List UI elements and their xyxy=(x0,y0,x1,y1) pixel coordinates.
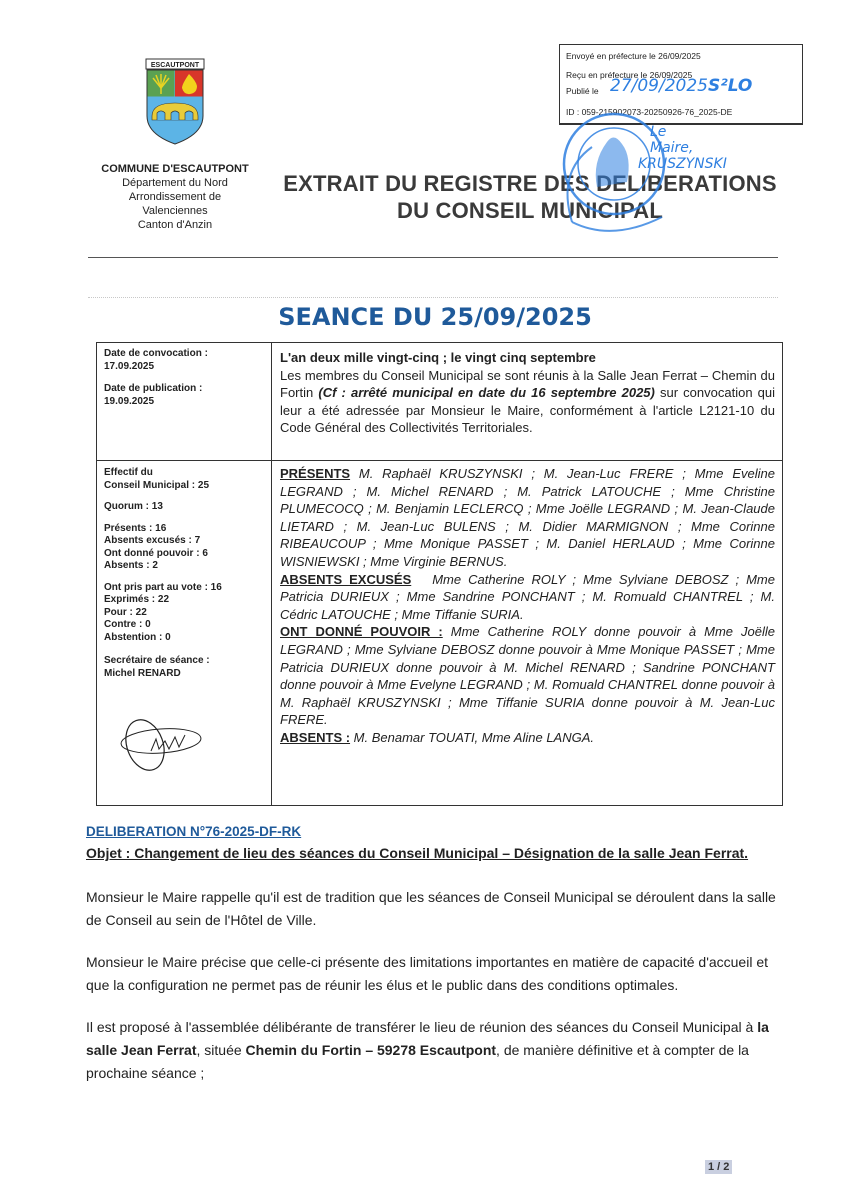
para3-text: Il est proposé à l'assemblée délibérante… xyxy=(86,1019,757,1035)
commune-line: Arrondissement de xyxy=(100,190,250,204)
absents-label: ABSENTS : xyxy=(280,730,350,745)
dates-cell: Date de convocation : 17.09.2025 Date de… xyxy=(104,348,269,408)
commune-name: COMMUNE D'ESCAUTPONT xyxy=(100,162,250,176)
excuses-label: ABSENTS EXCUSÉS xyxy=(280,572,411,587)
secretaire-label: Secrétaire de séance : xyxy=(104,655,269,668)
abstention-count: Abstention : 0 xyxy=(104,632,269,645)
dotted-divider xyxy=(88,297,778,298)
pouvoir-count: Ont donné pouvoir : 6 xyxy=(104,548,269,561)
absents-count: Absents : 2 xyxy=(104,560,269,573)
effectif-value: Conseil Municipal : 25 xyxy=(104,480,269,493)
paragraph-1: Monsieur le Maire rappelle qu'il est de … xyxy=(86,886,791,932)
seance-date-heading: L'an deux mille vingt-cinq ; le vingt ci… xyxy=(280,349,775,367)
stats-cell: Effectif du Conseil Municipal : 25 Quoru… xyxy=(104,467,269,680)
secretaire-signature xyxy=(111,711,211,775)
arrete-reference: (Cf : arrêté municipal en date du 16 sep… xyxy=(318,385,655,400)
deliberation-number: DELIBERATION N°76-2025-DF-RK xyxy=(86,824,301,839)
exprimes-count: Exprimés : 22 xyxy=(104,594,269,607)
presents-list: M. Raphaël KRUSZYNSKI ; M. Jean-Luc FRER… xyxy=(280,466,775,569)
stamp-publie-initials: S²LO xyxy=(708,76,752,96)
commune-line: Département du Nord xyxy=(100,176,250,190)
convocation-paragraph: Les membres du Conseil Municipal se sont… xyxy=(280,367,775,437)
stamp-envoye: Envoyé en préfecture le 26/09/2025 xyxy=(566,51,701,61)
convocation-value: 17.09.2025 xyxy=(104,361,269,374)
quorum: Quorum : 13 xyxy=(104,501,269,514)
stamp-publie-label: Publié le xyxy=(566,86,599,96)
table-column-divider xyxy=(271,343,272,805)
absents-list: M. Benamar TOUATI, Mme Aline LANGA. xyxy=(350,730,594,745)
stamp-id: ID : 059-215902073-20250926-76_2025-DE xyxy=(566,107,732,117)
pouvoir-list: Mme Catherine ROLY donne pouvoir à Mme J… xyxy=(280,624,775,727)
escautpont-crest-logo: ESCAUTPONT xyxy=(144,58,206,146)
contre-count: Contre : 0 xyxy=(104,619,269,632)
title-line-2: DU CONSEIL MUNICIPAL xyxy=(270,197,790,224)
pour-count: Pour : 22 xyxy=(104,607,269,620)
excuses-paragraph: ABSENTS EXCUSÉS Mme Catherine ROLY ; Mme… xyxy=(280,571,775,624)
table-row-divider xyxy=(97,460,782,461)
document-title: EXTRAIT DU REGISTRE DES DELIBERATIONS DU… xyxy=(270,170,790,224)
seal-handwritten-title: Le Maire, xyxy=(650,124,702,156)
attendance-cell: PRÉSENTS M. Raphaël KRUSZYNSKI ; M. Jean… xyxy=(280,465,775,747)
deliberation-objet: Objet : Changement de lieu des séances d… xyxy=(86,845,748,861)
seance-info-table: Date de convocation : 17.09.2025 Date de… xyxy=(96,342,783,806)
prefecture-stamp: Envoyé en préfecture le 26/09/2025 Reçu … xyxy=(559,44,803,125)
publication-value: 19.09.2025 xyxy=(104,396,269,409)
convocation-label: Date de convocation : xyxy=(104,348,269,361)
pouvoir-paragraph: ONT DONNÉ POUVOIR : Mme Catherine ROLY d… xyxy=(280,623,775,729)
seance-title: SEANCE DU 25/09/2025 xyxy=(90,303,780,331)
convocation-text-cell: L'an deux mille vingt-cinq ; le vingt ci… xyxy=(280,349,775,437)
secretaire-name: Michel RENARD xyxy=(104,668,269,681)
presents-count: Présents : 16 xyxy=(104,523,269,536)
salle-address: Chemin du Fortin – 59278 Escautpont xyxy=(246,1042,497,1058)
paragraph-2: Monsieur le Maire précise que celle-ci p… xyxy=(86,951,791,997)
publication-label: Date de publication : xyxy=(104,383,269,396)
presents-paragraph: PRÉSENTS M. Raphaël KRUSZYNSKI ; M. Jean… xyxy=(280,465,775,571)
absents-paragraph: ABSENTS : M. Benamar TOUATI, Mme Aline L… xyxy=(280,729,775,747)
effectif-label: Effectif du xyxy=(104,467,269,480)
pouvoir-label: ONT DONNÉ POUVOIR : xyxy=(280,624,443,639)
presents-label: PRÉSENTS xyxy=(280,466,350,481)
vote-participants: Ont pris part au vote : 16 xyxy=(104,582,269,595)
page-number: 1 / 2 xyxy=(705,1160,732,1174)
title-line-1: EXTRAIT DU REGISTRE DES DELIBERATIONS xyxy=(270,170,790,197)
header-divider xyxy=(88,257,778,258)
commune-block: COMMUNE D'ESCAUTPONT Département du Nord… xyxy=(100,162,250,232)
paragraph-3: Il est proposé à l'assemblée délibérante… xyxy=(86,1016,791,1085)
stamp-publie-date: 27/09/2025 xyxy=(610,76,708,96)
svg-text:ESCAUTPONT: ESCAUTPONT xyxy=(151,62,200,69)
commune-line: Canton d'Anzin xyxy=(100,218,250,232)
para3-text: , située xyxy=(197,1042,246,1058)
absents-excuses-count: Absents excusés : 7 xyxy=(104,535,269,548)
commune-line: Valenciennes xyxy=(100,204,250,218)
